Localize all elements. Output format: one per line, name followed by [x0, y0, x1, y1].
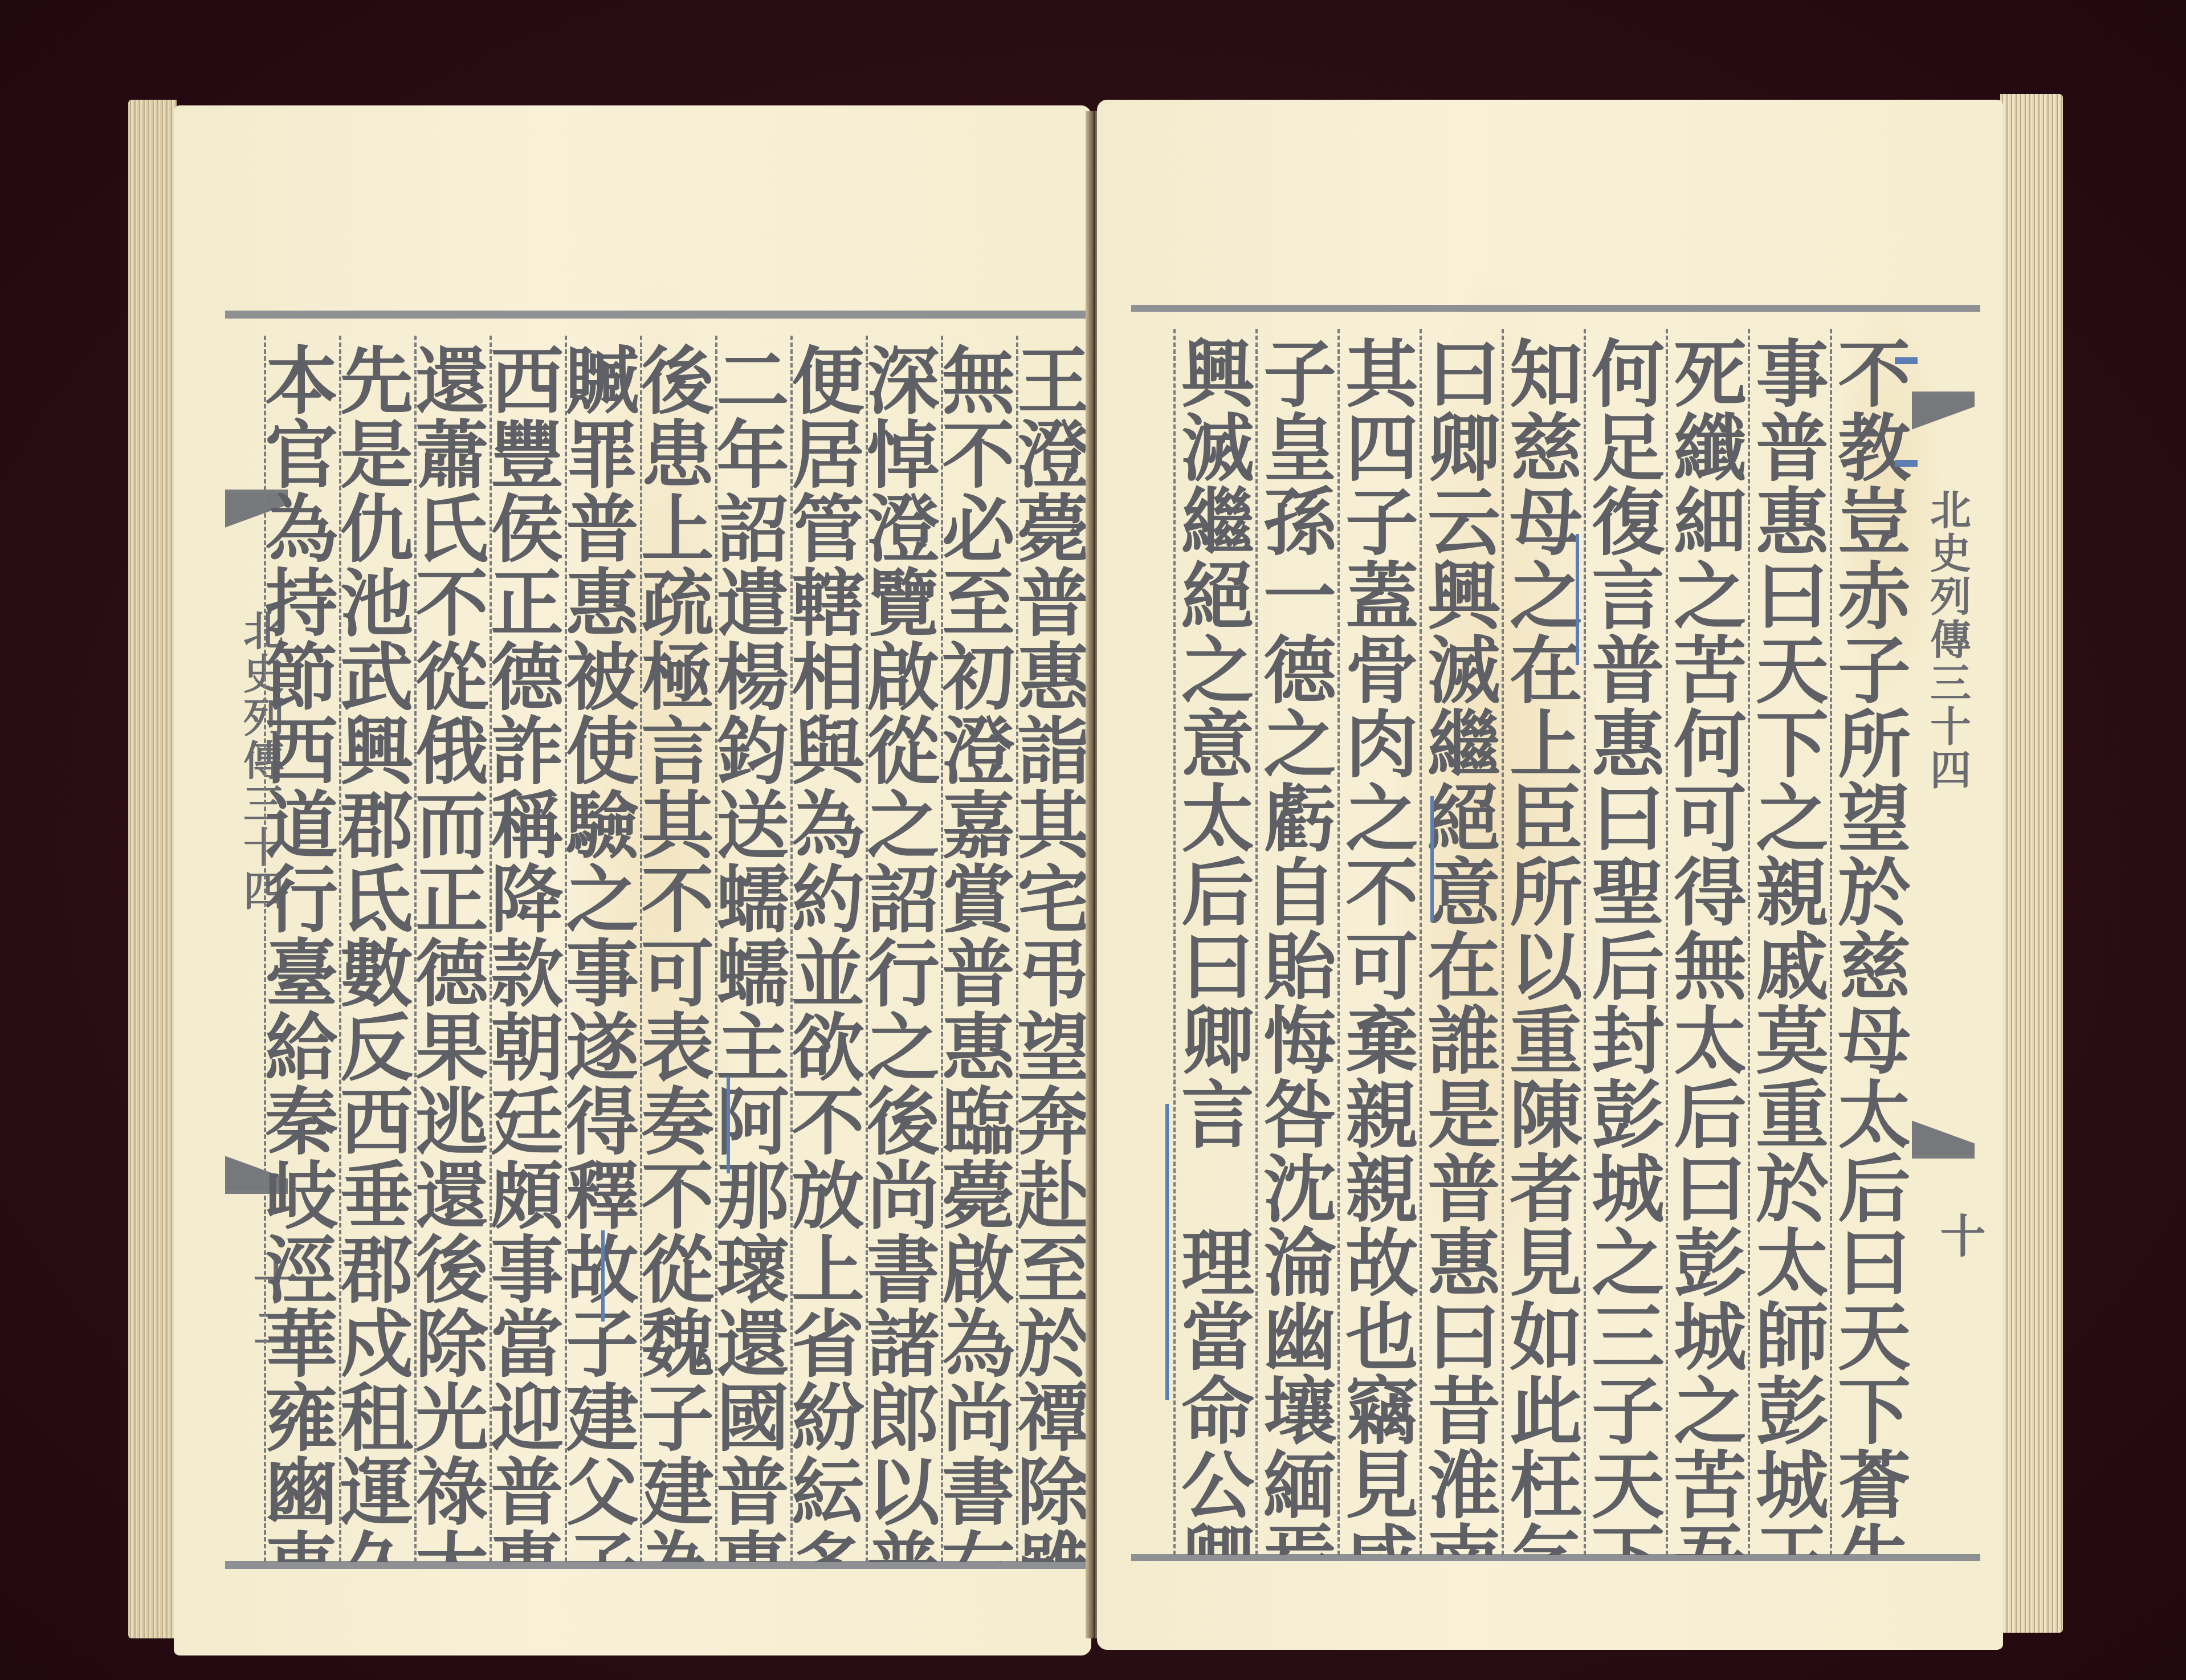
right-page-stack-edge	[2000, 94, 2063, 1633]
left-page-block-frame: 北史列傳三十四 十二 王澄薨普惠詣其宅弔望奔赴至於禫除雖寒暑風雨 無不必至初澄嘉…	[225, 311, 1091, 1569]
text-column: 便居管轄相與為約並欲不放上省紛紜多日乃息正光	[790, 336, 866, 1562]
text-column: 西豐侯正德詐稱降款朝廷頗事當迎普惠請付楊州移	[490, 336, 565, 1562]
text-column: 本官為持節西道行臺給秦岐涇華雍豳東秦七州兵武	[264, 336, 339, 1562]
blue-annotation-mark	[601, 1230, 605, 1322]
text-column: 不教豈赤子所望於慈母太后曰天下蒼生寧有如此者	[1830, 329, 1912, 1555]
text-column: 曰卿云興滅繼絕意在誰是普惠曰昔淮南逆終漢文封	[1420, 329, 1502, 1555]
left-text-columns: 王澄薨普惠詣其宅弔望奔赴至於禫除雖寒暑風雨 無不必至初澄嘉賞普惠臨薨啟為尚書右丞…	[299, 336, 1091, 1555]
blue-annotation-mark	[1576, 534, 1579, 665]
text-column: 知慈母之在上臣所以重陳者見如此枉乞垂聖察太后	[1502, 329, 1584, 1555]
text-column: 興滅繼絕之意太后曰卿言 理當命公卿博議及任城	[1173, 329, 1255, 1555]
right-text-columns: 不教豈赤子所望於慈母太后曰天下蒼生寧有如此者 事普惠曰天下之親戚莫重於太師彭城王…	[1131, 329, 1912, 1548]
text-column: 還蕭氏不從俄而正德果逃還後除光祿大夫右丞如故	[414, 336, 490, 1562]
text-column: 事普惠曰天下之親戚莫重於太師彭城王然遂不免枉	[1748, 329, 1830, 1555]
text-column: 後患上疏極言其不可表奏不從魏子建為益州刺史有	[640, 336, 715, 1562]
text-column: 子皇孫一德之虧自貽悔咎沈淪幽壤緬焉弗收豈不是	[1255, 329, 1337, 1555]
text-column: 無不必至初澄嘉賞普惠臨薨啟為尚書右丞靈太后既	[941, 336, 1016, 1562]
text-column: 其四子蓋骨肉之不可棄親親故也竊見咸陽京兆乃皇	[1337, 329, 1420, 1555]
right-fishtail-title: 北史列傳三十四	[1918, 488, 1977, 792]
right-page: 不教豈赤子所望於慈母太后曰天下蒼生寧有如此者 事普惠曰天下之親戚莫重於太師彭城王…	[1097, 100, 2003, 1650]
blue-annotation-mark	[1165, 1104, 1169, 1400]
blue-annotation-mark	[1895, 357, 1918, 364]
blue-annotation-mark	[1895, 460, 1918, 467]
right-page-number: 十	[1927, 1212, 1992, 1258]
left-page: 北史列傳三十四 十二 王澄薨普惠詣其宅弔望奔赴至於禫除雖寒暑風雨 無不必至初澄嘉…	[174, 105, 1091, 1655]
right-fishtail-margin: 北史列傳三十四 十	[1912, 369, 1980, 1394]
text-column: 深悼澄覽啟從之詔行之後尚書諸郎以普惠地寒不應	[866, 336, 941, 1562]
text-column: 贓罪普惠被使驗之事遂得釋故子建父子甚德之時梁	[565, 336, 640, 1562]
left-page-stack-edge	[128, 100, 177, 1638]
fishtail-lower-mark	[1912, 1110, 1975, 1159]
text-column: 何足復言普惠曰聖后封彭城之三子天下莫不忻至德	[1584, 329, 1666, 1555]
blue-annotation-mark	[727, 1076, 730, 1173]
blue-annotation-mark	[1430, 796, 1434, 921]
text-column: 死纖細之苦何可得無太后曰彭城之苦吾已封其三子	[1666, 329, 1748, 1555]
open-book: 北史列傳三十四 十二 王澄薨普惠詣其宅弔望奔赴至於禫除雖寒暑風雨 無不必至初澄嘉…	[128, 88, 2063, 1658]
right-page-block-frame: 不教豈赤子所望於慈母太后曰天下蒼生寧有如此者 事普惠曰天下之親戚莫重於太師彭城王…	[1131, 305, 1980, 1561]
text-column: 王澄薨普惠詣其宅弔望奔赴至於禫除雖寒暑風雨	[1016, 336, 1091, 1562]
text-column: 先是仇池武興郡氐數反西垂郡戍租運久絕詔普惠以	[339, 336, 414, 1562]
text-column: 二年詔遣楊鈞送蠕蠕主阿那瓌還國普惠謂遣之將貽	[715, 336, 790, 1562]
fishtail-upper-mark	[1912, 392, 1975, 441]
